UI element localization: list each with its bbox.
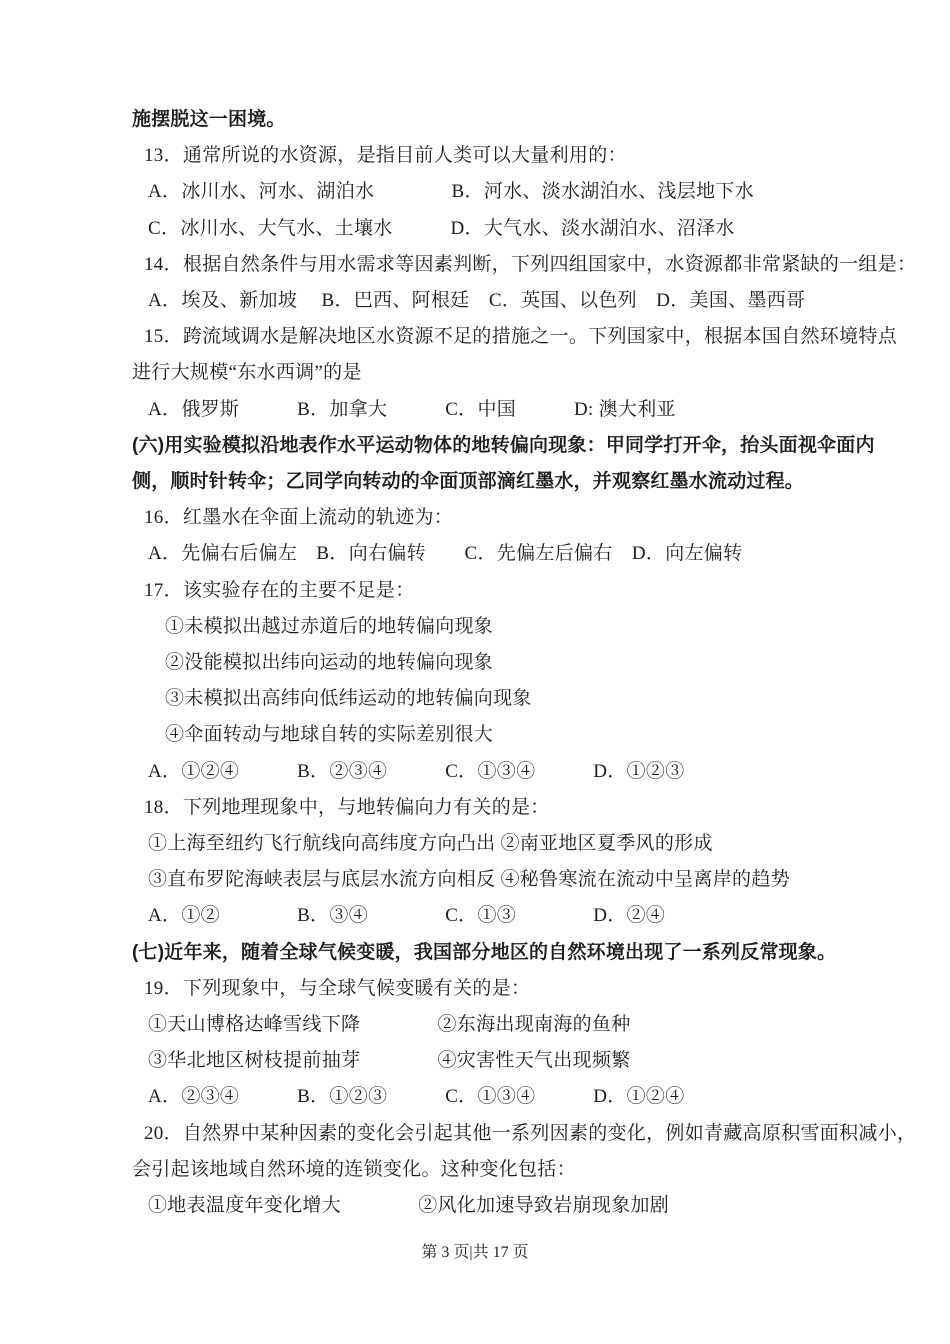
page-footer: 第 3 页|共 17 页 xyxy=(0,1241,950,1265)
text-line: 20．自然界中某种因素的变化会引起其他一系列因素的变化，例如青藏高原积雪面积减小… xyxy=(132,1116,895,1152)
text-line: 13．通常所说的水资源，是指目前人类可以大量利用的： xyxy=(132,138,895,174)
document-page: 施摆脱这一困境。13．通常所说的水资源，是指目前人类可以大量利用的：A．冰川水、… xyxy=(0,0,950,1344)
text-line: 会引起该地域自然环境的连锁变化。这种变化包括： xyxy=(132,1152,895,1188)
page-number-label: 第 3 页|共 17 页 xyxy=(421,1244,528,1261)
text-line: ③华北地区树枝提前抽芽 ④灾害性天气出现频繁 xyxy=(132,1043,895,1079)
text-line: A．埃及、新加坡 B．巴西、阿根廷 C．英国、以色列 D．美国、墨西哥 xyxy=(132,283,895,319)
text-line: ③未模拟出高纬向低纬运动的地转偏向现象 xyxy=(132,681,895,717)
text-line: A．①②④ B．②③④ C．①③④ D．①②③ xyxy=(132,754,895,790)
text-line: 14．根据自然条件与用水需求等因素判断，下列四组国家中，水资源都非常紧缺的一组是… xyxy=(132,247,895,283)
text-line: A．先偏右后偏左 B．向右偏转 C．先偏左后偏右 D．向左偏转 xyxy=(132,536,895,572)
text-line: (七)近年来，随着全球气候变暖，我国部分地区的自然环境出现了一系列反常现象。 xyxy=(132,935,895,971)
text-line: C．冰川水、大气水、土壤水 D．大气水、淡水湖泊水、沼泽水 xyxy=(132,211,895,247)
text-line: ①上海至纽约飞行航线向高纬度方向凸出 ②南亚地区夏季风的形成 xyxy=(132,826,895,862)
exam-body: 施摆脱这一困境。13．通常所说的水资源，是指目前人类可以大量利用的：A．冰川水、… xyxy=(132,102,895,1224)
text-line: ④伞面转动与地球自转的实际差别很大 xyxy=(132,717,895,753)
text-line: ③直布罗陀海峡表层与底层水流方向相反 ④秘鲁寒流在流动中呈离岸的趋势 xyxy=(132,862,895,898)
text-line: 16．红墨水在伞面上流动的轨迹为： xyxy=(132,500,895,536)
text-line: (六)用实验模拟沿地表作水平运动物体的地转偏向现象：甲同学打开伞，抬头面视伞面内 xyxy=(132,428,895,464)
text-line: 侧，顺时针转伞；乙同学向转动的伞面顶部滴红墨水，并观察红墨水流动过程。 xyxy=(132,464,895,500)
text-line: ①未模拟出越过赤道后的地转偏向现象 xyxy=(132,609,895,645)
text-line: 进行大规模“东水西调”的是 xyxy=(132,355,895,391)
text-line: 18．下列地理现象中，与地转偏向力有关的是： xyxy=(132,790,895,826)
text-line: ②没能模拟出纬向运动的地转偏向现象 xyxy=(132,645,895,681)
text-line: ①天山博格达峰雪线下降 ②东海出现南海的鱼种 xyxy=(132,1007,895,1043)
text-line: A．冰川水、河水、湖泊水 B．河水、淡水湖泊水、浅层地下水 xyxy=(132,174,895,210)
text-line: 施摆脱这一困境。 xyxy=(132,102,895,138)
text-line: ①地表温度年变化增大 ②风化加速导致岩崩现象加剧 xyxy=(132,1188,895,1224)
text-line: A．①② B．③④ C．①③ D．②④ xyxy=(132,898,895,934)
text-line: A．②③④ B．①②③ C．①③④ D．①②④ xyxy=(132,1079,895,1115)
text-line: 15．跨流域调水是解决地区水资源不足的措施之一。下列国家中，根据本国自然环境特点 xyxy=(132,319,895,355)
text-line: A．俄罗斯 B．加拿大 C．中国 D: 澳大利亚 xyxy=(132,392,895,428)
text-line: 17．该实验存在的主要不足是： xyxy=(132,573,895,609)
text-line: 19．下列现象中，与全球气候变暖有关的是： xyxy=(132,971,895,1007)
